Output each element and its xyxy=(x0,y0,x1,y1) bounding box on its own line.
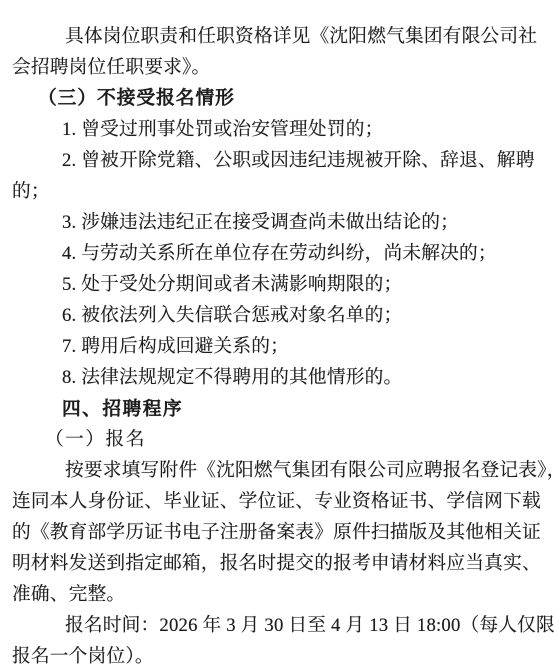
document-page: 具体岗位职责和任职资格详见《沈阳燃气集团有限公司社 会招聘岗位任职要求》。 （三… xyxy=(0,0,554,672)
prohibition-item-5: 5. 处于受处分期间或者未满影响期限的； xyxy=(12,269,548,300)
prohibition-item-8: 8. 法律法规规定不得聘用的其他情形的。 xyxy=(12,362,548,393)
prohibition-item-2-line-2: 的； xyxy=(12,176,548,207)
registration-para-line-3: 的《教育部学历证书电子注册备案表》原件扫描版及其他相关证 xyxy=(12,517,548,548)
prohibition-item-7: 7. 聘用后构成回避关系的； xyxy=(12,331,548,362)
prohibition-item-6: 6. 被依法列入失信联合惩戒对象名单的； xyxy=(12,300,548,331)
registration-subheading: （一）报名 xyxy=(12,424,548,455)
registration-time-line-2: 报名一个岗位）。 xyxy=(12,641,548,672)
intro-line-2: 会招聘岗位任职要求》。 xyxy=(12,52,548,83)
intro-line-1: 具体岗位职责和任职资格详见《沈阳燃气集团有限公司社 xyxy=(12,21,548,52)
prohibitions-heading: （三）不接受报名情形 xyxy=(12,83,548,114)
prohibition-item-1: 1. 曾受过刑事处罚或治安管理处罚的； xyxy=(12,114,548,145)
prohibition-item-4: 4. 与劳动关系所在单位存在劳动纠纷，尚未解决的； xyxy=(12,238,548,269)
registration-time-line-1: 报名时间：2026 年 3 月 30 日至 4 月 13 日 18:00（每人仅… xyxy=(12,610,548,641)
prohibition-item-2-line-1: 2. 曾被开除党籍、公职或因违纪违规被开除、辞退、解聘 xyxy=(12,145,548,176)
procedure-heading: 四、招聘程序 xyxy=(12,393,548,424)
registration-para-line-5: 准确、完整。 xyxy=(12,579,548,610)
registration-para-line-4: 明材料发送到指定邮箱，报名时提交的报考申请材料应当真实、 xyxy=(12,548,548,579)
registration-para-line-2: 连同本人身份证、毕业证、学位证、专业资格证书、学信网下载 xyxy=(12,486,548,517)
prohibition-item-3: 3. 涉嫌违法违纪正在接受调查尚未做出结论的； xyxy=(12,207,548,238)
registration-para-line-1: 按要求填写附件《沈阳燃气集团有限公司应聘报名登记表》， xyxy=(12,455,548,486)
